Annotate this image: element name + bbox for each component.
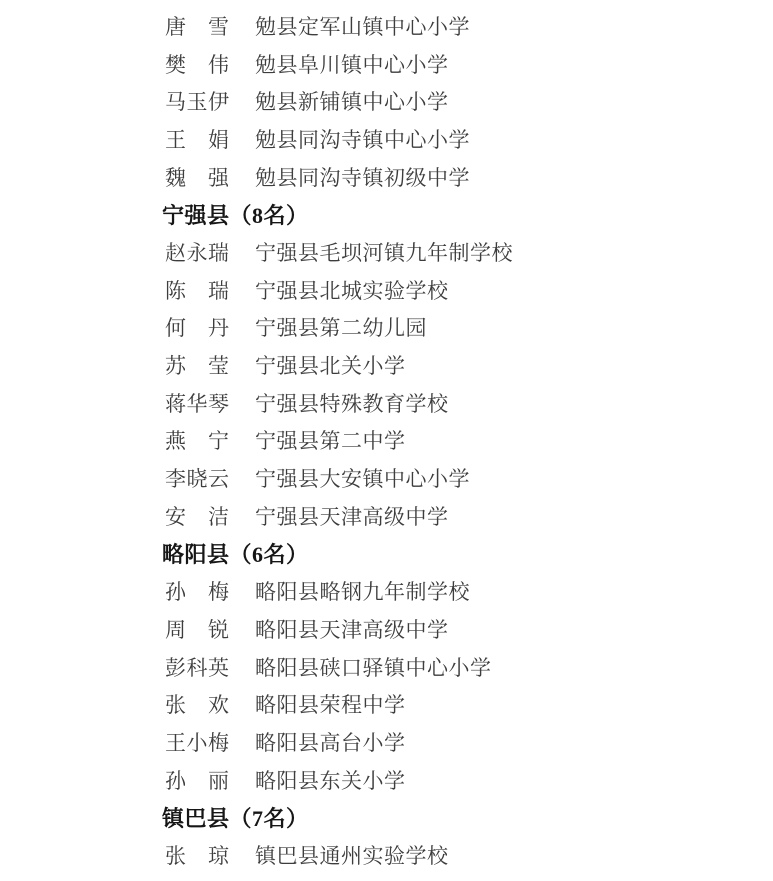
entry-school: 镇巴县通州实验学校 [255, 840, 449, 870]
entry-name: 王 娟 [165, 124, 255, 154]
section-header: 略阳县（6名） [162, 535, 773, 573]
entry-name: 何 丹 [165, 312, 255, 342]
entry-name: 张 琼 [165, 840, 255, 870]
entry-school: 勉县同沟寺镇初级中学 [255, 162, 470, 192]
entry-row: 张 欢略阳县荣程中学 [165, 685, 773, 723]
entry-row: 王 娟勉县同沟寺镇中心小学 [165, 120, 773, 158]
section-header: 镇巴县（7名） [162, 798, 773, 836]
entry-row: 何 丹宁强县第二幼儿园 [165, 309, 773, 347]
entry-row: 唐 雪勉县定军山镇中心小学 [165, 7, 773, 45]
entry-name: 魏 强 [165, 162, 255, 192]
entry-name: 周 锐 [165, 614, 255, 644]
roster-list: 唐 雪勉县定军山镇中心小学樊 伟勉县阜川镇中心小学马玉伊勉县新铺镇中心小学王 娟… [165, 7, 773, 874]
document-page: 唐 雪勉县定军山镇中心小学樊 伟勉县阜川镇中心小学马玉伊勉县新铺镇中心小学王 娟… [0, 0, 773, 881]
entry-name: 陈 瑞 [165, 275, 255, 305]
entry-name: 孙 梅 [165, 576, 255, 606]
entry-name: 安 洁 [165, 501, 255, 531]
entry-row: 魏 强勉县同沟寺镇初级中学 [165, 158, 773, 196]
entry-school: 宁强县毛坝河镇九年制学校 [255, 237, 513, 267]
entry-name: 燕 宁 [165, 425, 255, 455]
entry-name: 苏 莹 [165, 350, 255, 380]
entry-name: 李晓云 [165, 463, 255, 493]
entry-school: 略阳县天津高级中学 [255, 614, 449, 644]
entry-name: 蒋华琴 [165, 388, 255, 418]
entry-school: 勉县同沟寺镇中心小学 [255, 124, 470, 154]
entry-name: 樊 伟 [165, 49, 255, 79]
entry-row: 马玉伊勉县新铺镇中心小学 [165, 82, 773, 120]
entry-name: 孙 丽 [165, 765, 255, 795]
entry-row: 李晓云宁强县大安镇中心小学 [165, 459, 773, 497]
entry-school: 勉县阜川镇中心小学 [255, 49, 449, 79]
entry-name: 赵永瑞 [165, 237, 255, 267]
entry-row: 王小梅略阳县高台小学 [165, 723, 773, 761]
entry-name: 王小梅 [165, 727, 255, 757]
entry-name: 唐 雪 [165, 11, 255, 41]
entry-school: 宁强县大安镇中心小学 [255, 463, 470, 493]
entry-name: 马玉伊 [165, 86, 255, 116]
entry-school: 宁强县天津高级中学 [255, 501, 449, 531]
entry-school: 勉县定军山镇中心小学 [255, 11, 470, 41]
entry-school: 略阳县荣程中学 [255, 689, 406, 719]
entry-row: 燕 宁宁强县第二中学 [165, 422, 773, 460]
entry-school: 宁强县特殊教育学校 [255, 388, 449, 418]
entry-row: 周 锐略阳县天津高级中学 [165, 610, 773, 648]
entry-school: 宁强县第二幼儿园 [255, 312, 427, 342]
entry-school: 宁强县北关小学 [255, 350, 406, 380]
entry-row: 张 琼镇巴县通州实验学校 [165, 836, 773, 874]
entry-school: 宁强县第二中学 [255, 425, 406, 455]
entry-school: 宁强县北城实验学校 [255, 275, 449, 305]
entry-row: 赵永瑞宁强县毛坝河镇九年制学校 [165, 233, 773, 271]
entry-row: 苏 莹宁强县北关小学 [165, 346, 773, 384]
entry-name: 张 欢 [165, 689, 255, 719]
entry-row: 陈 瑞宁强县北城实验学校 [165, 271, 773, 309]
entry-row: 蒋华琴宁强县特殊教育学校 [165, 384, 773, 422]
entry-school: 略阳县硖口驿镇中心小学 [255, 652, 492, 682]
entry-row: 樊 伟勉县阜川镇中心小学 [165, 45, 773, 83]
entry-school: 略阳县略钢九年制学校 [255, 576, 470, 606]
entry-row: 孙 梅略阳县略钢九年制学校 [165, 572, 773, 610]
entry-school: 略阳县高台小学 [255, 727, 406, 757]
entry-row: 孙 丽略阳县东关小学 [165, 761, 773, 799]
entry-school: 略阳县东关小学 [255, 765, 406, 795]
entry-name: 彭科英 [165, 652, 255, 682]
entry-row: 安 洁宁强县天津高级中学 [165, 497, 773, 535]
entry-school: 勉县新铺镇中心小学 [255, 86, 449, 116]
section-header: 宁强县（8名） [162, 195, 773, 233]
entry-row: 彭科英略阳县硖口驿镇中心小学 [165, 648, 773, 686]
